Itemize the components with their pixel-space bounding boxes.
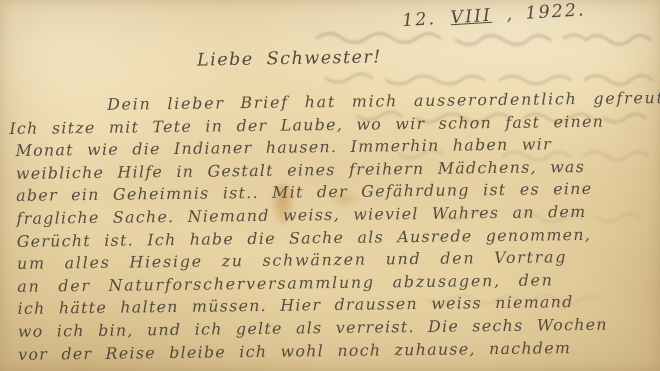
salutation: Liebe Schwester!: [197, 47, 382, 70]
letter-page: 12. VIII , 1922. Liebe Schwester! Dein l…: [0, 0, 660, 371]
date-month-roman: VIII: [450, 6, 493, 28]
date-day: 12.: [402, 9, 437, 31]
letter-body: Dein lieber Brief hat mich ausserordentl…: [9, 87, 660, 366]
